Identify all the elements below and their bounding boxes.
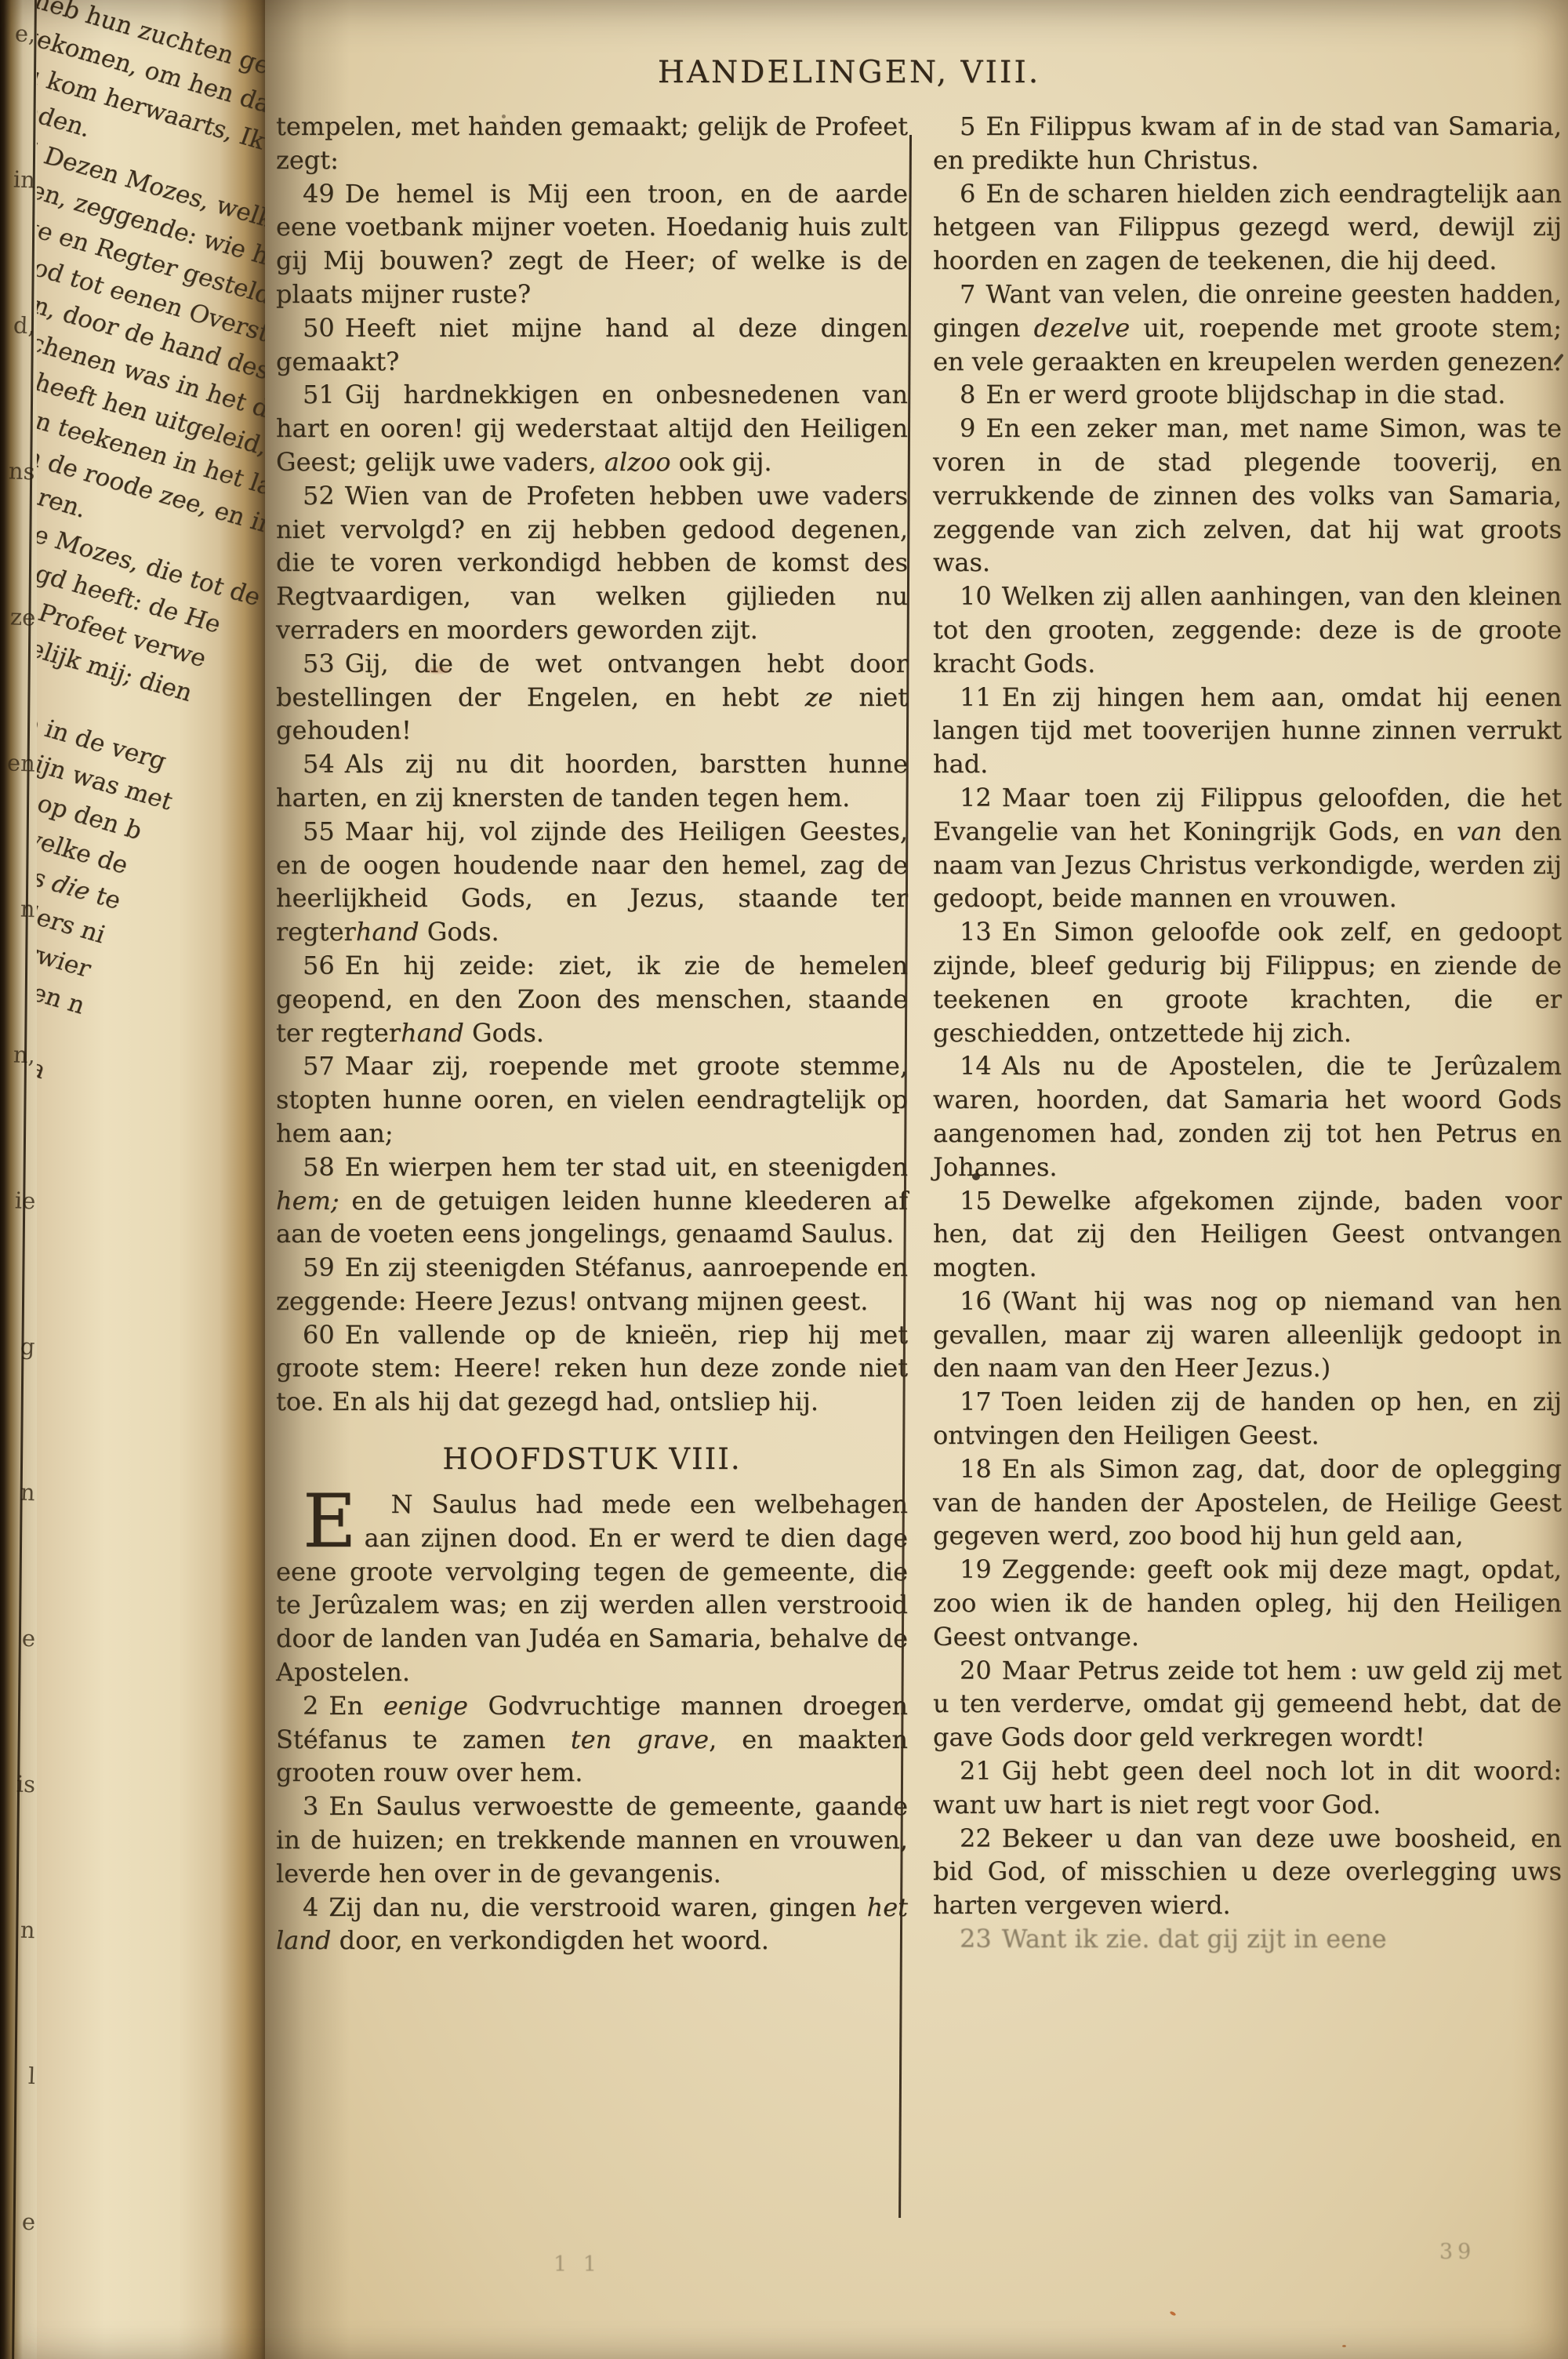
verse: EN Saulus had mede een welbehagen aan zi… (276, 1488, 908, 1689)
signature-mark-right: 39 (1439, 2240, 1475, 2264)
edge-text-fragment: e (21, 2208, 35, 2236)
verse: 15Dewelke afgekomen zijnde, baden voor h… (933, 1184, 1562, 1285)
curled-previous-page: heb hun zuchten gehoord, en bgekomen, om… (37, 0, 265, 2359)
edge-text-fragment: en (7, 749, 36, 776)
verse: 21Gij hebt geen deel noch lot in dit woo… (933, 1754, 1562, 1822)
verse: 56En hij zeide: ziet, ik zie de hemelen … (276, 949, 908, 1049)
ink-blot (972, 1173, 980, 1180)
right-text-column: 5En Filippus kwam af in de stad van Sama… (933, 110, 1562, 1956)
verse-number: 58 (303, 1152, 335, 1182)
verse-number: 22 (960, 1823, 992, 1853)
verse: 5En Filippus kwam af in de stad van Sama… (933, 110, 1562, 177)
verse-continuation: tempelen, met handen gemaakt; gelijk de … (276, 110, 908, 177)
verse: 49De hemel is Mij een troon, en de aarde… (276, 177, 908, 311)
verse: 14Als nu de Apostelen, die te Jerûzalem … (933, 1049, 1562, 1183)
previous-page-text: heb hun zuchten gehoord, en bgekomen, om… (37, 0, 265, 2351)
edge-text-fragment: l (27, 2063, 35, 2089)
verse-number: 9 (960, 413, 975, 443)
verse: 3En Saulus verwoestte de gemeente, gaand… (276, 1790, 908, 1890)
verse: 12Maar toen zij Filippus geloofden, die … (933, 781, 1562, 915)
verse: 7Want van velen, die onreine geesten had… (933, 278, 1562, 378)
verse-number: 53 (303, 649, 335, 678)
verse-number: 13 (960, 917, 992, 947)
verse: 2En eenige Godvruchtige mannen droegen S… (276, 1689, 908, 1790)
verse-number: 49 (303, 179, 335, 209)
verse-number: 18 (960, 1454, 992, 1484)
verse-number: 2 (303, 1691, 318, 1721)
ink-dot (502, 114, 506, 118)
chapter-heading: HOOFDSTUK VIII. (276, 1441, 908, 1478)
verse-number: 11 (960, 682, 992, 712)
verse-number: 21 (960, 1756, 992, 1786)
edge-text-fragment: e, (14, 20, 36, 48)
verse: 4Zij dan nu, die verstrooid waren, ginge… (276, 1891, 908, 1958)
verse-number: 4 (303, 1892, 318, 1922)
verse-number: 50 (303, 313, 335, 343)
verse: 53Gij, die de wet ontvangen hebt door be… (276, 647, 908, 747)
verse: 54Als zij nu dit hoorden, barstten hunne… (276, 747, 908, 815)
verse-number: 6 (960, 179, 975, 209)
verse: 6En de scharen hielden zich eendragtelij… (933, 177, 1562, 278)
edge-text-fragment: e (21, 1625, 35, 1652)
verse-number: 16 (960, 1286, 992, 1316)
verse-number: 15 (960, 1186, 992, 1216)
verse-number: 51 (303, 380, 335, 409)
verse: 19Zeggende: geeft ook mij deze magt, opd… (933, 1553, 1562, 1653)
verse: 20Maar Petrus zeide tot hem : uw geld zi… (933, 1654, 1562, 1754)
verse: 60En vallende op de knieën, riep hij met… (276, 1318, 908, 1419)
verse: 10Welken zij allen aanhingen, van den kl… (933, 580, 1562, 680)
verse: 22Bekeer u dan van deze uwe boosheid, en… (933, 1822, 1562, 1922)
verse-number: 59 (303, 1252, 335, 1282)
verse-number: 56 (303, 951, 335, 980)
verse-number: 3 (303, 1791, 318, 1821)
verse: 52Wien van de Profeten hebben uwe vaders… (276, 479, 908, 647)
verse-number: 23 (960, 1924, 992, 1954)
verse: 51Gij hardnekkigen en onbesnedenen van h… (276, 378, 908, 478)
verse: 17Toen leiden zij de handen op hen, en z… (933, 1385, 1562, 1452)
verse-number: 55 (303, 816, 335, 846)
verse-number: 52 (303, 481, 335, 511)
verse-number: 54 (303, 749, 335, 779)
main-page: HANDELINGEN, VIII. tempelen, met handen … (265, 0, 1568, 2359)
verse: 50Heeft niet mijne hand al deze dingen g… (276, 311, 908, 379)
verse: 13En Simon geloofde ook zelf, en gedoopt… (933, 915, 1562, 1049)
verse: 11En zij hingen hem aan, omdat hij eenen… (933, 681, 1562, 781)
verse-number: 19 (960, 1554, 992, 1584)
verse-number: 20 (960, 1656, 992, 1685)
verse-number: 10 (960, 581, 992, 611)
book-scan-page: e,ind,nszeennn,iegneisnle heb hun zuchte… (0, 0, 1568, 2359)
edge-text-fragment: ze (9, 603, 36, 631)
verse: 8En er werd groote blijdschap in die sta… (933, 378, 1562, 412)
verse: 23Want ik zie. dat gij zijt in eene (933, 1922, 1562, 1956)
verse-number: 7 (960, 279, 975, 309)
foxing-speck (1342, 2345, 1346, 2347)
verse-number: 5 (960, 111, 975, 141)
verse: 55Maar hij, vol zijnde des Heiligen Gees… (276, 815, 908, 949)
verse: 58En wierpen hem ter stad uit, en steeni… (276, 1150, 908, 1251)
verse-number: 57 (303, 1051, 335, 1081)
drop-cap: E (276, 1488, 365, 1550)
stain-smudge (427, 667, 449, 674)
verse: 57Maar zij, roepende met groote stemme, … (276, 1049, 908, 1150)
verse: 18En als Simon zag, dat, door de opleggi… (933, 1452, 1562, 1553)
verse-number: 12 (960, 783, 992, 812)
verse-number: 17 (960, 1387, 992, 1416)
verse-number: 8 (960, 380, 975, 409)
signature-mark-left: 1 1 (554, 2252, 601, 2277)
left-text-column: tempelen, met handen gemaakt; gelijk de … (276, 110, 908, 1957)
verse-number: 14 (960, 1051, 992, 1081)
running-header: HANDELINGEN, VIII. (265, 55, 1433, 90)
verse: 9En een zeker man, met name Simon, was t… (933, 412, 1562, 580)
verse: 16(Want hij was nog op niemand van hen g… (933, 1285, 1562, 1385)
verse-number: 60 (303, 1320, 335, 1350)
verse: 59En zij steenigden Stéfanus, aanroepend… (276, 1251, 908, 1318)
edge-text-fragment: n (20, 1917, 36, 1944)
